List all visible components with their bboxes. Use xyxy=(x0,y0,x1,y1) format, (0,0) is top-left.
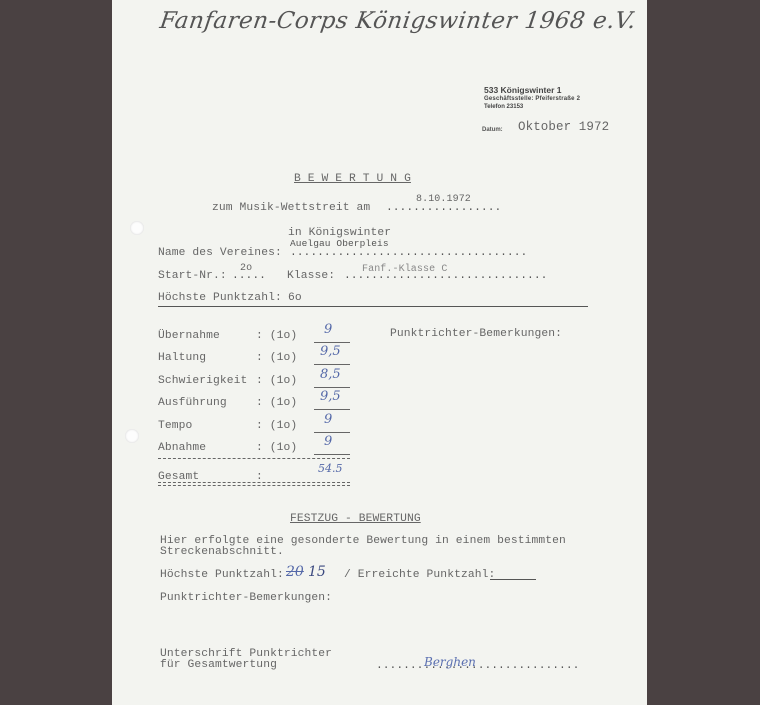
festzug-reached-label: / Erreichte Punktzahl: xyxy=(344,569,495,581)
score-value: 8,5 xyxy=(320,367,341,382)
score-label-uebernahme: Übernahme xyxy=(158,330,220,342)
score-label-haltung: Haltung xyxy=(158,352,206,364)
section-divider xyxy=(158,306,588,307)
punch-hole-icon xyxy=(125,429,139,443)
festzug-max-label: Höchste Punktzahl: xyxy=(160,569,284,581)
event-label: zum Musik-Wettstreit am xyxy=(212,202,370,214)
score-label-abnahme: Abnahme xyxy=(158,442,206,454)
score-max: : (1o) xyxy=(256,420,297,432)
max-points-value: 6o xyxy=(288,292,302,304)
festzug-max-value: 15 xyxy=(308,564,326,580)
event-date-dots: ................. xyxy=(386,202,501,214)
score-value: 9,5 xyxy=(320,344,341,359)
total-double-underline xyxy=(158,485,350,486)
festzug-reached-blank xyxy=(490,579,536,580)
score-label-tempo: Tempo xyxy=(158,420,192,432)
score-max: : (1o) xyxy=(256,330,297,342)
remarks-label: Punktrichter-Bemerkungen: xyxy=(390,328,562,340)
score-underline xyxy=(314,454,350,455)
score-label-ausfuehrung: Ausführung xyxy=(158,397,227,409)
class-dots: .............................. xyxy=(344,270,547,282)
class-label: Klasse: xyxy=(287,270,335,282)
date-label: Datum: xyxy=(482,127,503,133)
score-underline xyxy=(314,432,350,433)
score-underline xyxy=(314,409,350,410)
total-separator xyxy=(158,458,350,459)
address-office: Geschäftsstelle: Pfeiferstraße 2 xyxy=(484,96,580,102)
festzug-title: FESTZUG - BEWERTUNG xyxy=(290,513,421,525)
festzug-remarks-label: Punktrichter-Bemerkungen: xyxy=(160,592,332,604)
score-max: : (1o) xyxy=(256,442,297,454)
score-value: 9 xyxy=(324,434,332,449)
club-label: Name des Vereines: xyxy=(158,247,282,259)
score-value: 9 xyxy=(324,322,332,337)
score-underline xyxy=(314,387,350,388)
score-max: : (1o) xyxy=(256,352,297,364)
festzug-max-struck: 20 xyxy=(286,564,304,580)
score-underline xyxy=(314,364,350,365)
signature-handwritten: Berghen xyxy=(424,655,476,669)
form-title: B E W E R T U N G xyxy=(294,173,411,185)
document-page: Fanfaren-Corps Königswinter 1968 e.V. 53… xyxy=(112,0,647,705)
address-phone: Telefon 23153 xyxy=(484,104,523,110)
score-value: 9,5 xyxy=(320,389,341,404)
punch-hole-icon xyxy=(130,221,144,235)
total-value: 54.5 xyxy=(318,462,343,475)
score-underline xyxy=(314,342,350,343)
score-value: 9 xyxy=(324,412,332,427)
total-double-underline xyxy=(158,482,350,483)
signature-dots: .............................. xyxy=(376,660,579,672)
score-label-schwierigkeit: Schwierigkeit xyxy=(158,375,247,387)
max-points-label: Höchste Punktzahl: xyxy=(158,292,282,304)
start-dots: ..... xyxy=(232,270,266,282)
date-value: Oktober 1972 xyxy=(518,120,609,134)
signature-label-line2: für Gesamtwertung xyxy=(160,659,277,671)
address-city: 533 Königswinter 1 xyxy=(484,85,561,95)
score-max: : (1o) xyxy=(256,375,297,387)
club-dots: ................................... xyxy=(290,247,527,259)
start-label: Start-Nr.: xyxy=(158,270,227,282)
score-max: : (1o) xyxy=(256,397,297,409)
festzug-text-line2: Streckenabschnitt. xyxy=(160,546,284,558)
letterhead-title: Fanfaren-Corps Königswinter 1968 e.V. xyxy=(158,8,638,34)
